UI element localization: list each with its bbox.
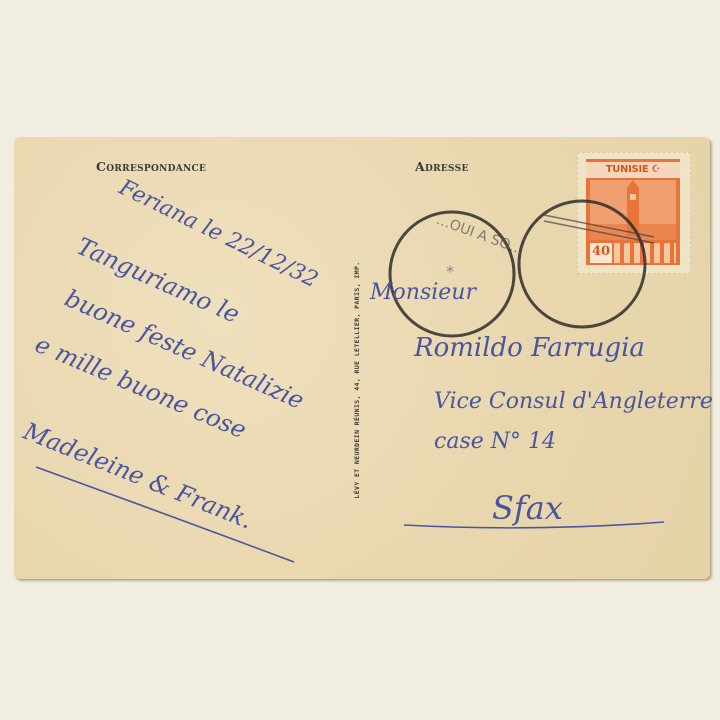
postcard-back: Correspondance Adresse LÉVY ET NEURDEIN … <box>14 137 710 579</box>
address-salutation: Monsieur <box>370 280 476 305</box>
address-city: Sfax <box>492 489 563 527</box>
address-box: case N° 14 <box>434 429 556 454</box>
address-title: Vice Consul d'Angleterre <box>434 389 713 414</box>
address-name: Romildo Farrugia <box>414 333 645 363</box>
